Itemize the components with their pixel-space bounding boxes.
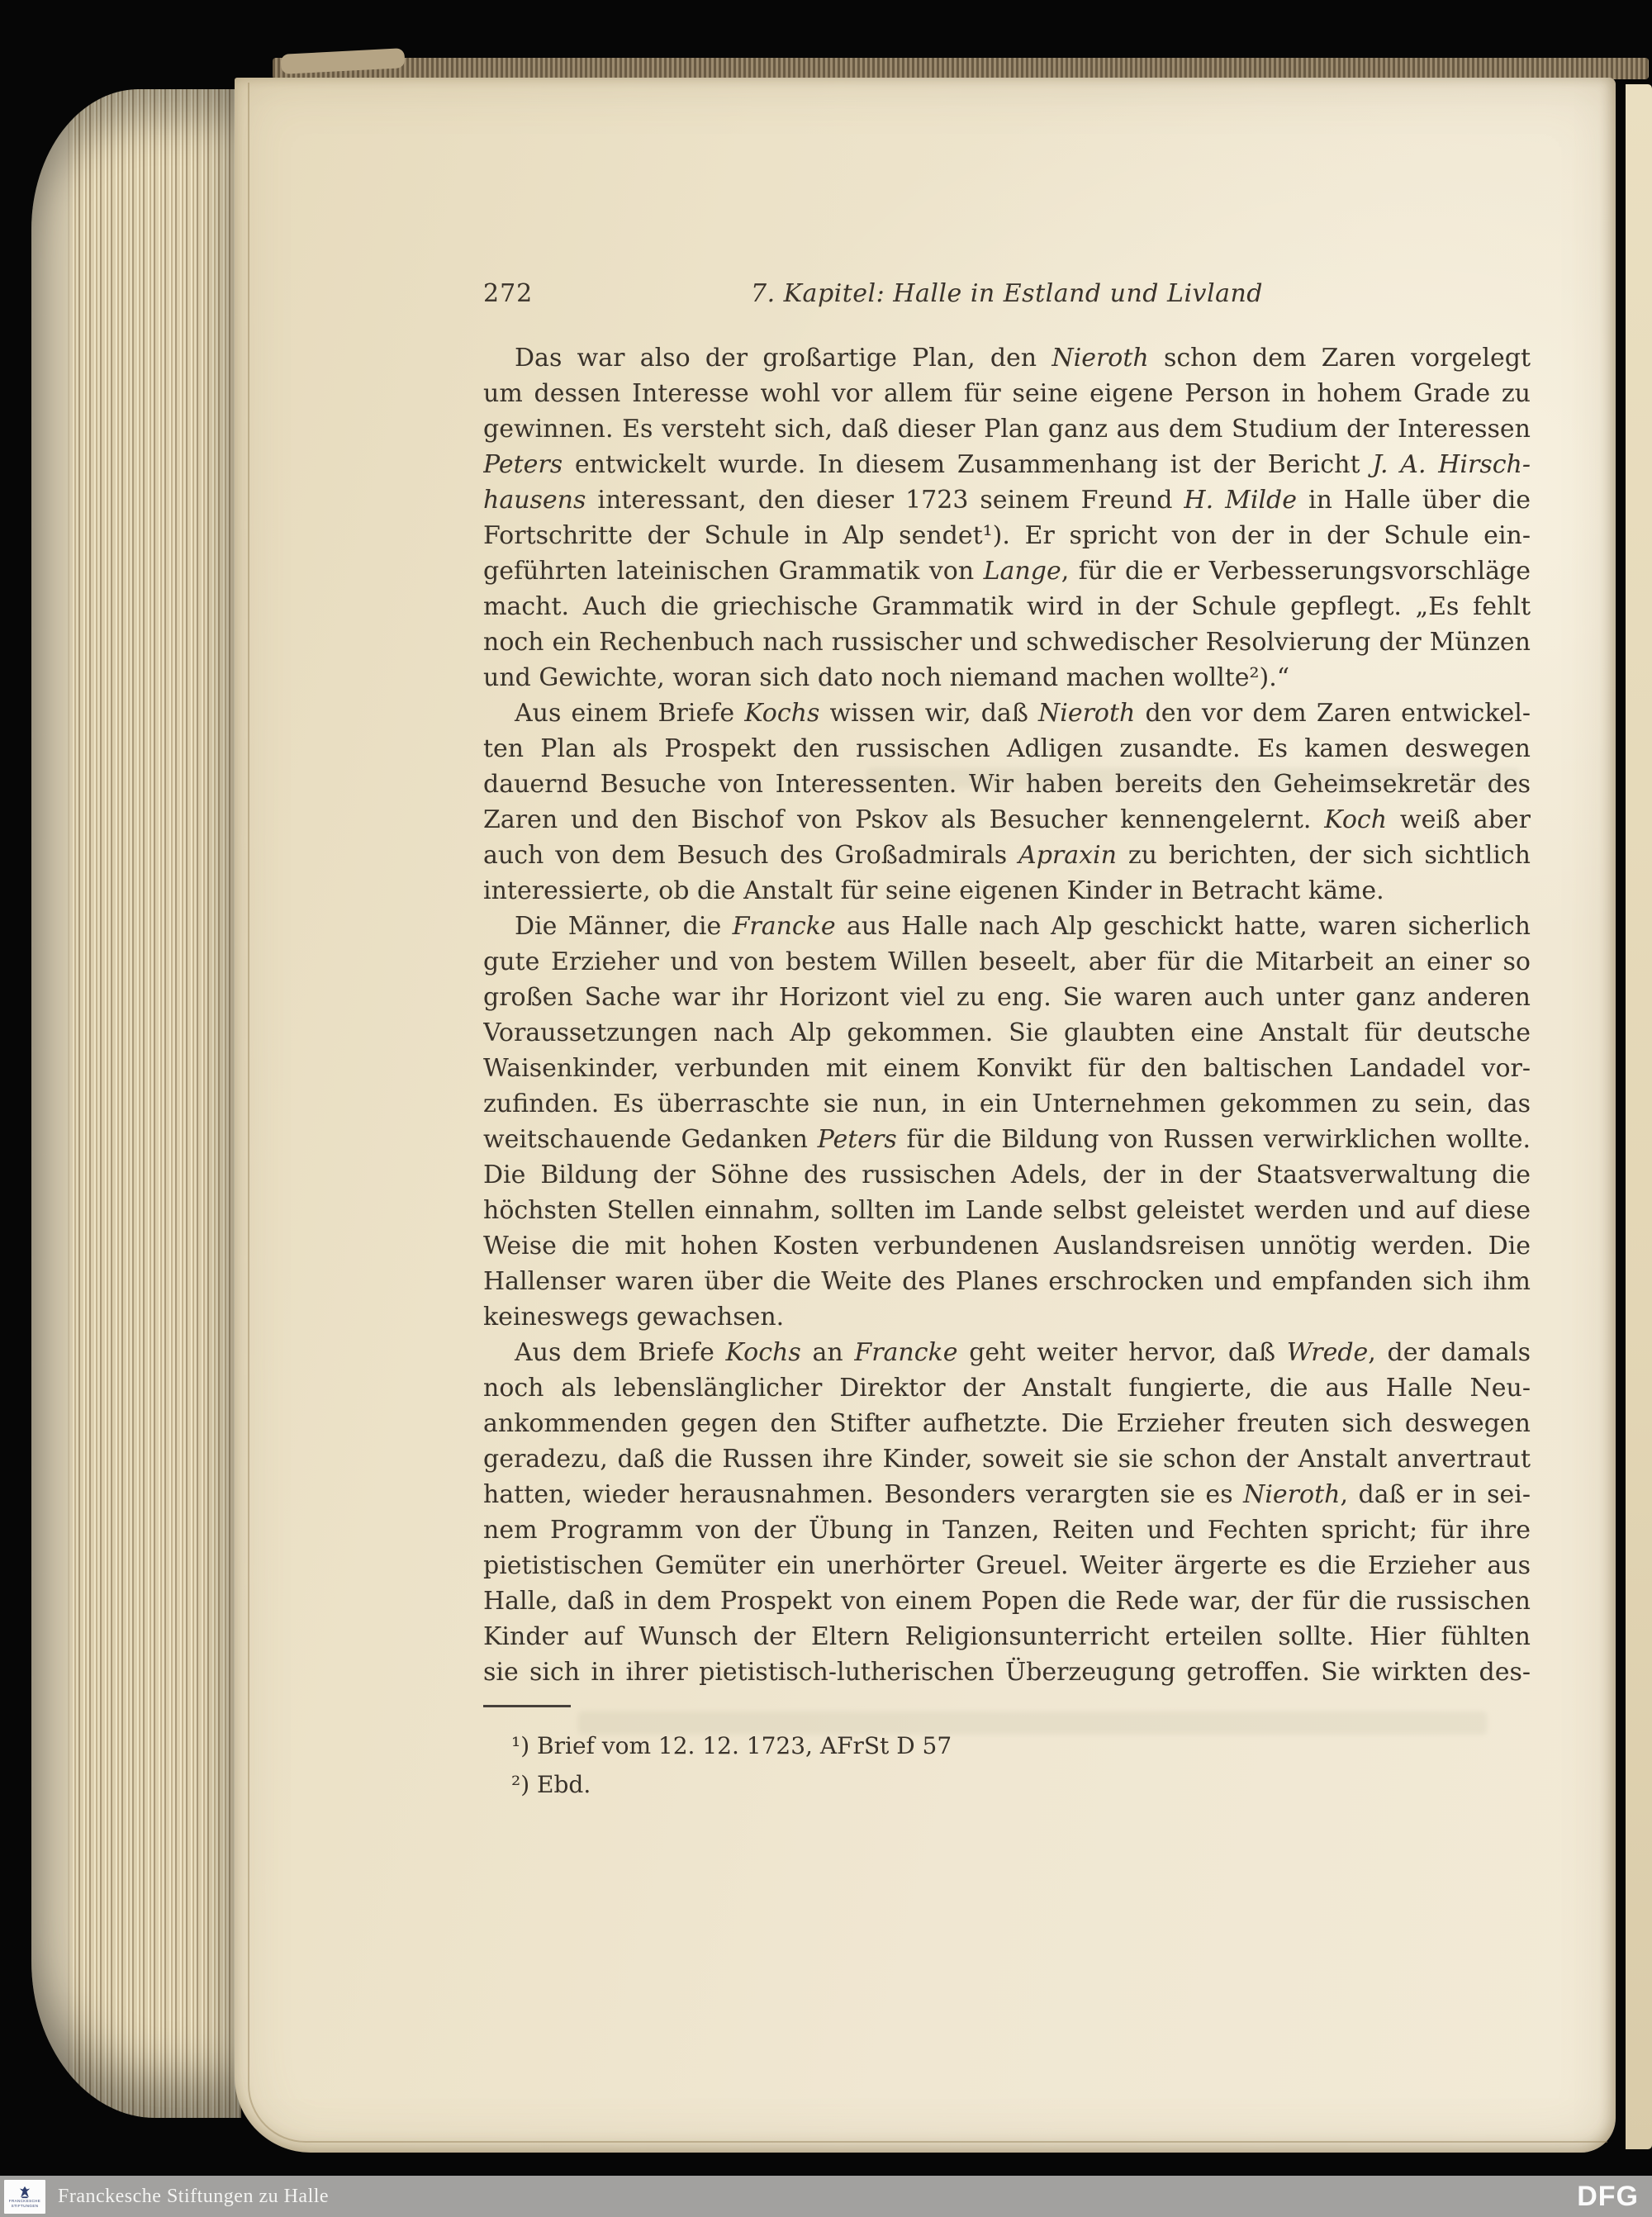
text-line: geradezu, daß die Russen ihre Kinder, so…: [483, 1441, 1531, 1477]
text-line: noch ein Rechenbuch nach russischer und …: [483, 624, 1531, 660]
paragraph: Aus einem Briefe Kochs wissen wir, daß N…: [483, 695, 1531, 909]
paragraph: Aus dem Briefe Kochs an Francke geht wei…: [483, 1335, 1531, 1690]
dfg-logo: DFG: [1577, 2176, 1639, 2217]
text-line: ten Plan als Prospekt den russischen Adl…: [483, 731, 1531, 767]
text-line: Aus einem Briefe Kochs wissen wir, daß N…: [483, 695, 1531, 731]
text-line: auch von dem Besuch des Großadmirals Apr…: [483, 838, 1531, 873]
text-line: Aus dem Briefe Kochs an Francke geht wei…: [483, 1335, 1531, 1370]
text-line: Kinder auf Wunsch der Eltern Religionsun…: [483, 1619, 1531, 1654]
text-line: Die Bildung der Söhne des russischen Ade…: [483, 1157, 1531, 1193]
text-line: hatten, wieder herausnahmen. Besonders v…: [483, 1477, 1531, 1512]
page-header: 272 7. Kapitel: Halle in Estland und Liv…: [483, 279, 1531, 316]
text-line: geführten lateinischen Grammatik von Lan…: [483, 553, 1531, 589]
page-text: Das war also der großartige Plan, den Ni…: [483, 340, 1531, 1690]
text-line: gute Erzieher und von bestem Willen bese…: [483, 944, 1531, 980]
text-line: Die Männer, die Francke aus Halle nach A…: [483, 909, 1531, 944]
text-line: dauernd Besuche von Interessenten. Wir h…: [483, 767, 1531, 802]
scan-viewer: 272 7. Kapitel: Halle in Estland und Liv…: [0, 0, 1652, 2217]
institution-logo-caption-line2: STIFTUNGEN: [12, 2204, 39, 2209]
book-binding-edge: [273, 58, 1649, 79]
text-line: ankommenden gegen den Stifter aufhetzte.…: [483, 1406, 1531, 1441]
text-line: höchsten Stellen einnahm, sollten im Lan…: [483, 1193, 1531, 1228]
paragraph: Das war also der großartige Plan, den Ni…: [483, 340, 1531, 695]
page-stack-edge: [31, 89, 241, 2118]
institution-name: Franckesche Stiftungen zu Halle: [58, 2176, 329, 2217]
text-line: sie sich in ihrer pietistisch-lutherisch…: [483, 1654, 1531, 1690]
footnote-line: ²) Ebd.: [483, 1765, 1531, 1804]
page-number: 272: [483, 279, 533, 308]
footnote-separator: [483, 1705, 571, 1707]
text-line: hausens interessant, den dieser 1723 sei…: [483, 482, 1531, 518]
text-line: Zaren und den Bischof von Pskov als Besu…: [483, 802, 1531, 838]
text-line: pietistischen Gemüter ein unerhörter Gre…: [483, 1548, 1531, 1583]
text-line: Voraussetzungen nach Alp gekommen. Sie g…: [483, 1015, 1531, 1051]
text-line: Hallenser waren über die Weite des Plane…: [483, 1264, 1531, 1299]
text-line: Das war also der großartige Plan, den Ni…: [483, 340, 1531, 376]
footnote-line: ¹) Brief vom 12. 12. 1723, AFrSt D 57: [483, 1726, 1531, 1765]
text-line: keineswegs gewachsen.: [483, 1299, 1531, 1335]
text-line: Halle, daß in dem Prospekt von einem Pop…: [483, 1583, 1531, 1619]
text-line: und Gewichte, woran sich dato noch niema…: [483, 660, 1531, 695]
paragraph: Die Männer, die Francke aus Halle nach A…: [483, 909, 1531, 1335]
viewer-footer: FRANCKESCHE STIFTUNGEN Franckesche Stift…: [0, 2176, 1652, 2217]
text-line: um dessen Interesse wohl vor allem für s…: [483, 376, 1531, 411]
footnotes: ¹) Brief vom 12. 12. 1723, AFrSt D 57²) …: [483, 1726, 1531, 1804]
text-line: Peters entwickelt wurde. In diesem Zusam…: [483, 447, 1531, 482]
text-line: noch als lebenslänglicher Direktor der A…: [483, 1370, 1531, 1406]
franckesche-stiftungen-emblem-icon: [17, 2186, 32, 2199]
text-line: Weise die mit hohen Kosten verbundenen A…: [483, 1228, 1531, 1264]
adjacent-page-edge: [1626, 84, 1652, 2149]
text-line: Fortschritte der Schule in Alp sendet¹).…: [483, 518, 1531, 553]
text-line: weitschauende Gedanken Peters für die Bi…: [483, 1122, 1531, 1157]
text-line: nem Programm von der Übung in Tanzen, Re…: [483, 1512, 1531, 1548]
chapter-title: 7. Kapitel: Halle in Estland und Livland: [483, 279, 1531, 308]
text-line: macht. Auch die griechische Grammatik wi…: [483, 589, 1531, 624]
text-line: zufinden. Es überraschte sie nun, in ein…: [483, 1086, 1531, 1122]
text-line: Waisenkinder, verbunden mit einem Konvik…: [483, 1051, 1531, 1086]
text-line: interessierte, ob die Anstalt für seine …: [483, 873, 1531, 909]
text-line: gewinnen. Es versteht sich, daß dieser P…: [483, 411, 1531, 447]
text-line: großen Sache war ihr Horizont viel zu en…: [483, 980, 1531, 1015]
institution-logo: FRANCKESCHE STIFTUNGEN: [4, 2180, 45, 2214]
